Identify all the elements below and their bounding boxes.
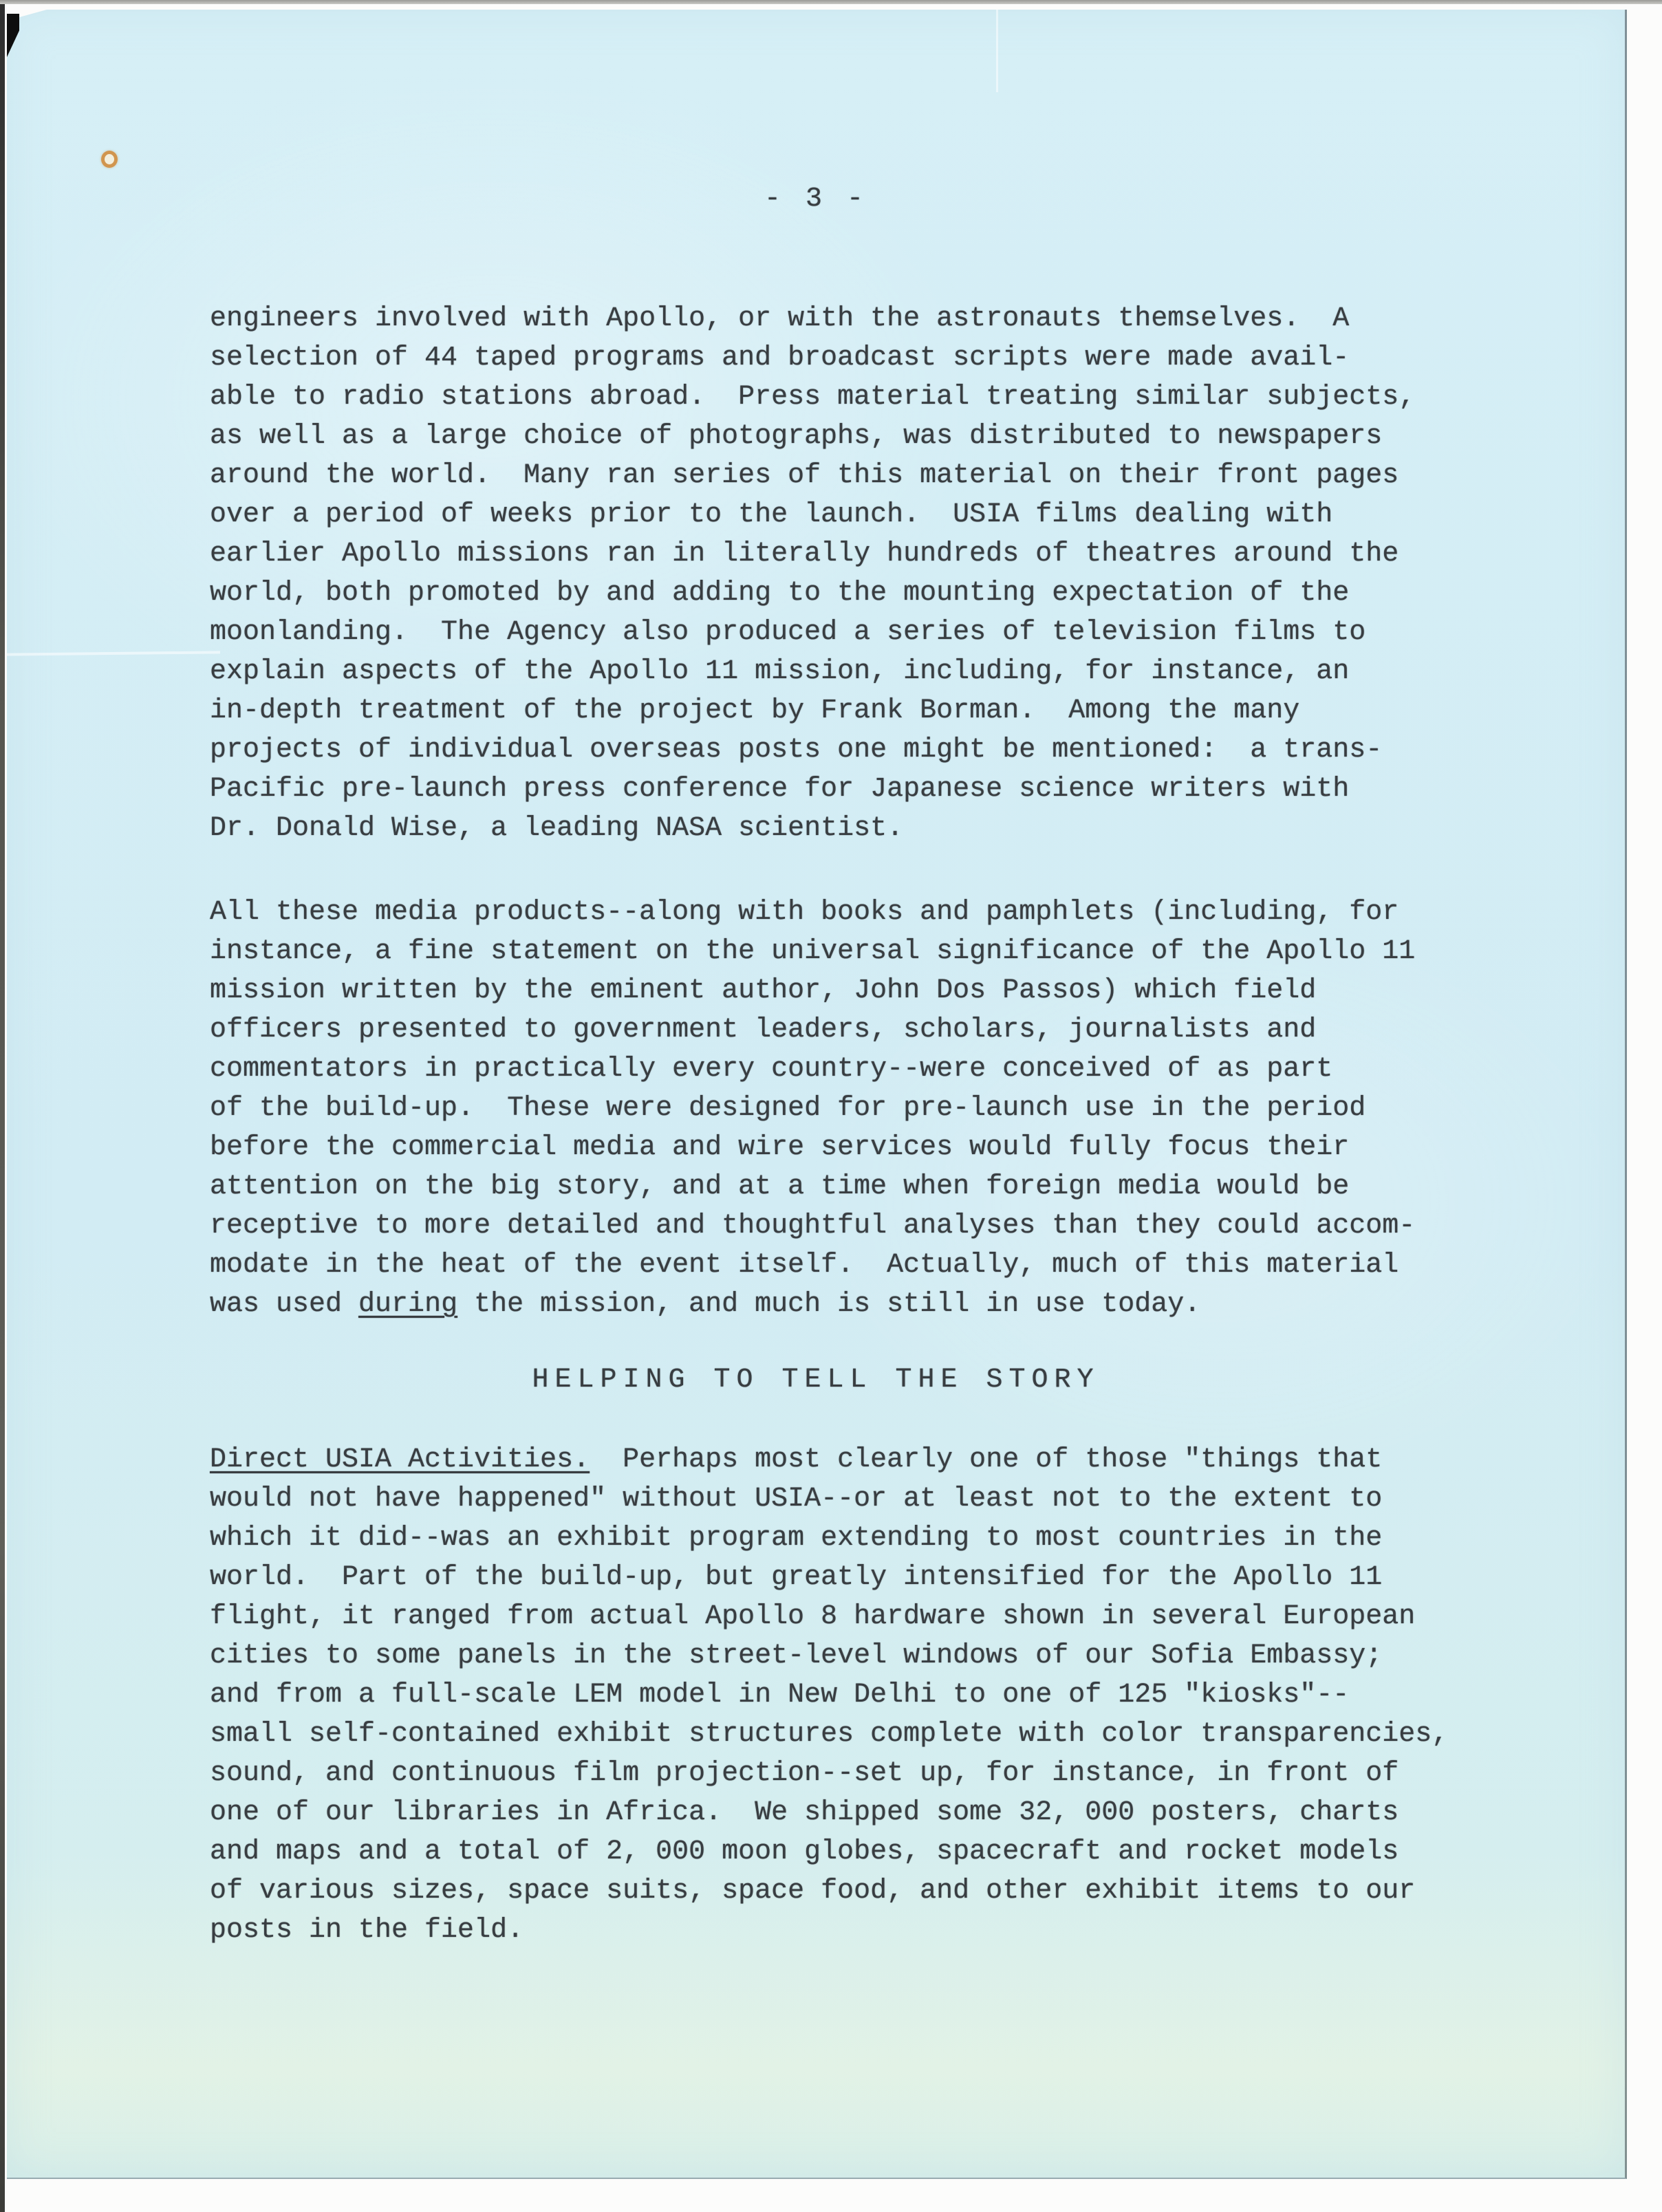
text-segment: moonlanding. The Agency also produced a … (210, 617, 1366, 648)
page-number: - 3 - (7, 180, 1625, 219)
text-segment: Dr. Donald Wise, a leading NASA scientis… (210, 813, 903, 844)
text-line: would not have happened" without USIA--o… (210, 1479, 1489, 1519)
paragraph-1: engineers involved with Apollo, or with … (210, 299, 1489, 848)
text-line: cities to some panels in the street-leve… (210, 1636, 1489, 1676)
corner-shadow-artifact (7, 14, 19, 83)
orange-ring-mark (101, 151, 118, 168)
text-line: and maps and a total of 2, 000 moon glob… (210, 1832, 1489, 1872)
text-segment: cities to some panels in the street-leve… (210, 1640, 1382, 1671)
text-segment: would not have happened" without USIA--o… (210, 1484, 1382, 1515)
text-segment: receptive to more detailed and thoughtfu… (210, 1211, 1415, 1241)
text-line: mission written by the eminent author, J… (210, 971, 1489, 1010)
text-segment: projects of individual overseas posts on… (210, 735, 1382, 766)
text-segment: engineers involved with Apollo, or with … (210, 303, 1349, 334)
text-segment: and from a full-scale LEM model in New D… (210, 1680, 1349, 1711)
text-line: instance, a fine statement on the univer… (210, 932, 1489, 971)
scan-left-edge (0, 0, 5, 2212)
text-line: was used during the mission, and much is… (210, 1285, 1489, 1324)
text-line: receptive to more detailed and thoughtfu… (210, 1206, 1489, 1246)
text-segment: mission written by the eminent author, J… (210, 975, 1316, 1006)
text-segment: world. Part of the build-up, but greatly… (210, 1562, 1382, 1593)
text-segment: and maps and a total of 2, 000 moon glob… (210, 1836, 1399, 1867)
text-line: and from a full-scale LEM model in New D… (210, 1676, 1489, 1715)
text-segment: attention on the big story, and at a tim… (210, 1171, 1349, 1202)
text-segment: as well as a large choice of photographs… (210, 421, 1382, 452)
text-line: commentators in practically every countr… (210, 1050, 1489, 1089)
paragraph-2: All these media products--along with boo… (210, 893, 1489, 1324)
text-line: selection of 44 taped programs and broad… (210, 338, 1489, 378)
text-segment: earlier Apollo missions ran in literally… (210, 539, 1399, 570)
text-segment: the mission, and much is still in use to… (457, 1289, 1200, 1320)
text-line: before the commercial media and wire ser… (210, 1128, 1489, 1167)
text-line: of various sizes, space suits, space foo… (210, 1872, 1489, 1911)
text-line: modate in the heat of the event itself. … (210, 1246, 1489, 1285)
text-segment: world, both promoted by and adding to th… (210, 578, 1349, 609)
text-line: able to radio stations abroad. Press mat… (210, 378, 1489, 417)
text-line: All these media products--along with boo… (210, 893, 1489, 932)
underlined-text: during (358, 1289, 457, 1320)
text-line: small self-contained exhibit structures … (210, 1715, 1489, 1754)
text-line: world. Part of the build-up, but greatly… (210, 1558, 1489, 1597)
text-segment: around the world. Many ran series of thi… (210, 460, 1399, 491)
scan-background: { "page": { "number": "- 3 -" }, "headin… (0, 0, 1662, 2212)
text-line: flight, it ranged from actual Apollo 8 h… (210, 1597, 1489, 1636)
text-line: of the build-up. These were designed for… (210, 1089, 1489, 1128)
text-segment: small self-contained exhibit structures … (210, 1719, 1448, 1750)
text-segment: one of our libraries in Africa. We shipp… (210, 1797, 1399, 1828)
section-heading: HELPING TO TELL THE STORY (7, 1360, 1625, 1400)
text-line: earlier Apollo missions ran in literally… (210, 534, 1489, 574)
text-line: Pacific pre-launch press conference for … (210, 770, 1489, 809)
underlined-text: Direct USIA Activities. (210, 1444, 590, 1475)
paragraph-3: Direct USIA Activities. Perhaps most cle… (210, 1440, 1489, 1950)
text-segment: able to radio stations abroad. Press mat… (210, 382, 1415, 413)
text-segment: explain aspects of the Apollo 11 mission… (210, 656, 1349, 687)
text-line: projects of individual overseas posts on… (210, 730, 1489, 770)
vertical-crease (996, 10, 998, 92)
text-line: around the world. Many ran series of thi… (210, 456, 1489, 495)
text-segment: in-depth treatment of the project by Fra… (210, 695, 1299, 726)
text-segment: before the commercial media and wire ser… (210, 1132, 1349, 1163)
text-line: which it did--was an exhibit program ext… (210, 1519, 1489, 1558)
text-line: posts in the field. (210, 1911, 1489, 1950)
text-line: sound, and continuous film projection--s… (210, 1754, 1489, 1793)
text-segment: of the build-up. These were designed for… (210, 1093, 1366, 1124)
text-line: world, both promoted by and adding to th… (210, 574, 1489, 613)
text-line: Direct USIA Activities. Perhaps most cle… (210, 1440, 1489, 1479)
text-segment: sound, and continuous film projection--s… (210, 1758, 1399, 1789)
text-line: explain aspects of the Apollo 11 mission… (210, 652, 1489, 691)
text-line: moonlanding. The Agency also produced a … (210, 613, 1489, 652)
text-segment: Pacific pre-launch press conference for … (210, 774, 1349, 805)
text-segment: was used (210, 1289, 358, 1320)
text-segment: over a period of weeks prior to the laun… (210, 499, 1332, 530)
paper: - 3 - engineers involved with Apollo, or… (7, 10, 1627, 2179)
text-line: officers presented to government leaders… (210, 1010, 1489, 1050)
text-segment: flight, it ranged from actual Apollo 8 h… (210, 1601, 1415, 1632)
text-line: over a period of weeks prior to the laun… (210, 495, 1489, 534)
text-segment: selection of 44 taped programs and broad… (210, 343, 1349, 373)
text-segment: instance, a fine statement on the univer… (210, 936, 1415, 967)
text-segment: All these media products--along with boo… (210, 897, 1399, 928)
scan-top-edge (0, 0, 1662, 4)
text-line: one of our libraries in Africa. We shipp… (210, 1793, 1489, 1832)
text-segment: posts in the field. (210, 1915, 524, 1946)
text-line: as well as a large choice of photographs… (210, 417, 1489, 456)
text-segment: officers presented to government leaders… (210, 1015, 1316, 1045)
text-line: Dr. Donald Wise, a leading NASA scientis… (210, 809, 1489, 848)
text-segment: commentators in practically every countr… (210, 1054, 1332, 1085)
text-line: attention on the big story, and at a tim… (210, 1167, 1489, 1206)
text-segment: of various sizes, space suits, space foo… (210, 1876, 1415, 1907)
text-segment: Perhaps most clearly one of those "thing… (590, 1444, 1382, 1475)
text-segment: modate in the heat of the event itself. … (210, 1250, 1399, 1281)
text-segment: which it did--was an exhibit program ext… (210, 1523, 1382, 1554)
text-line: engineers involved with Apollo, or with … (210, 299, 1489, 338)
text-line: in-depth treatment of the project by Fra… (210, 691, 1489, 730)
horizontal-crease (7, 651, 220, 655)
